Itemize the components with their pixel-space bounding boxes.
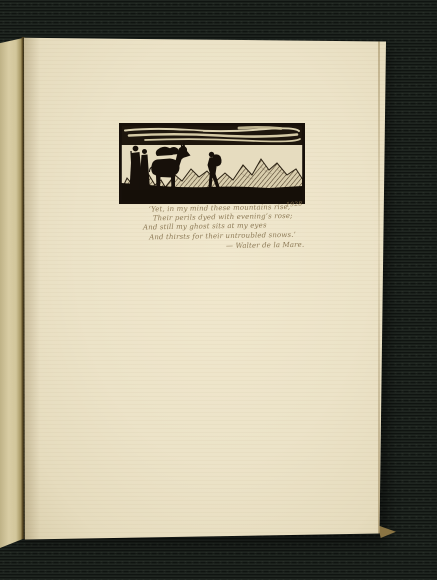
photographed-open-book: 1928 ‘Yet, in my mind these mountains ri…	[0, 0, 437, 580]
book-page	[24, 36, 386, 540]
handwritten-caption: ‘Yet, in my mind these mountains rise, T…	[138, 202, 321, 252]
woodcut-sky	[122, 126, 303, 146]
woodcut-print	[119, 123, 305, 204]
left-page-edges	[0, 38, 23, 548]
